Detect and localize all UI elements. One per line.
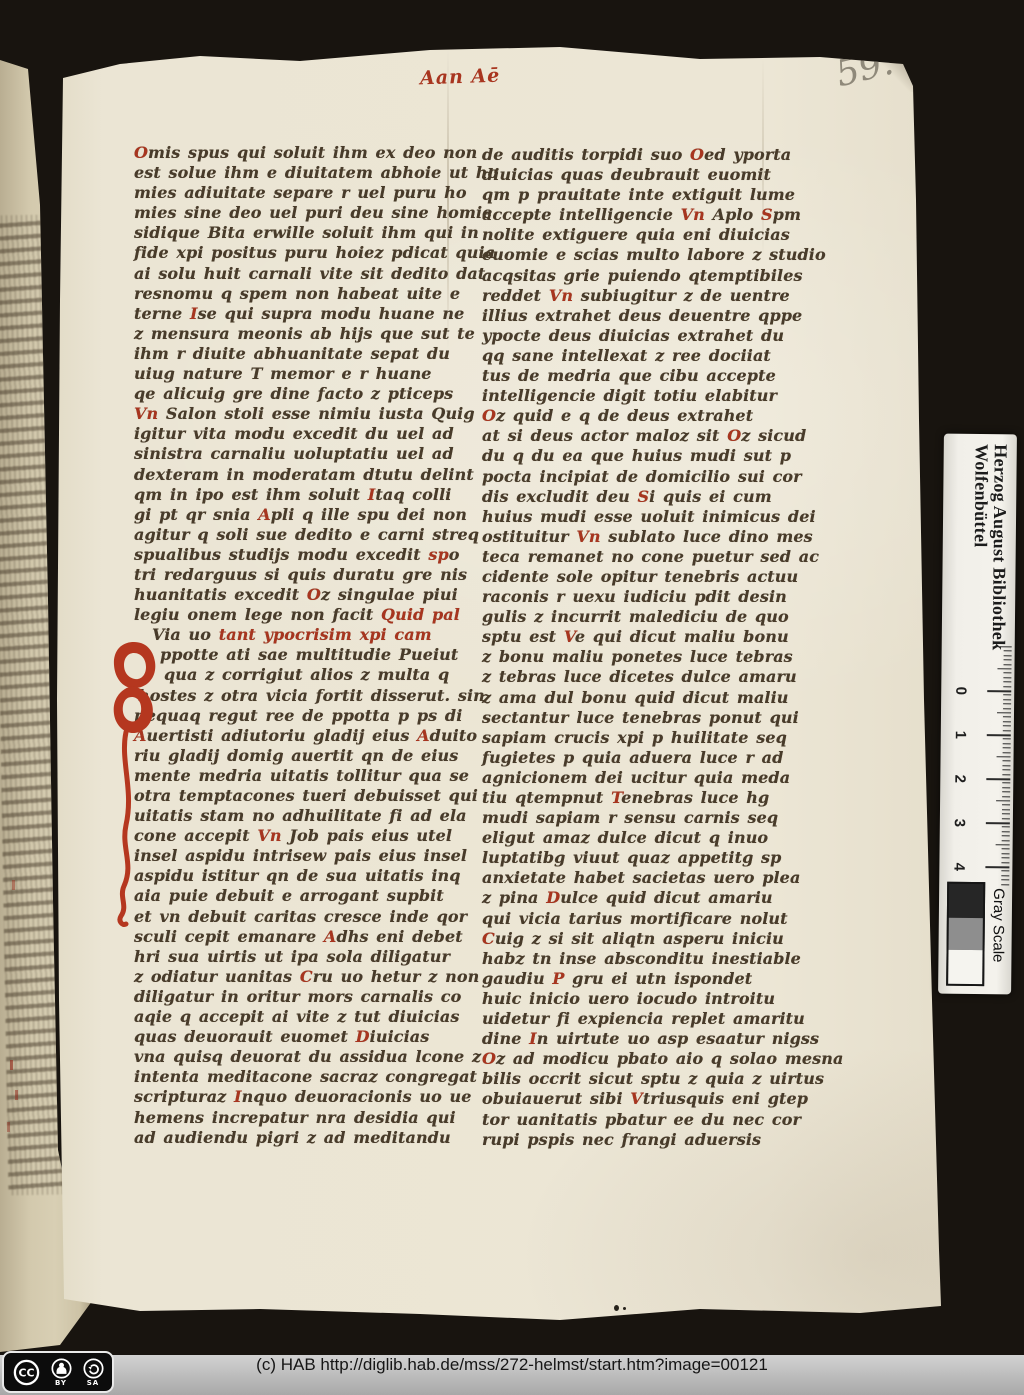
ruler-tick [1002,805,1010,806]
ruler-tick [996,800,1010,801]
ruler-tick [1002,796,1010,797]
ruler-tick [1001,875,1009,876]
ruler-tick [997,712,1011,713]
ruler-tick [1003,721,1011,722]
manuscript-line: ad audiendu pigri z ad meditandu [134,1128,479,1148]
manuscript-line: Omis spus qui soluit ihm ex deo non [134,143,479,163]
facing-page-rubric-specks [10,1060,13,1070]
manuscript-line: qe alicuig gre dine facto z pticeps [134,384,479,404]
svg-text:CC: CC [18,1366,34,1379]
manuscript-line: Cuig z si sit aliqtn asperu iniciu [482,929,827,949]
ruler-tick [1001,857,1009,858]
share-alike-arrow-icon [83,1358,104,1379]
manuscript-line: raconis r uexu iudiciu pdit desin [482,587,827,607]
ink-spot [614,1305,619,1311]
ruler-tick [1002,769,1010,770]
manuscript-line: insel aspidu intrisew pais eius insel [134,846,479,866]
license-badge-label: SA [87,1379,99,1387]
manuscript-line: tiu qtempnut Tenebras luce hg [482,788,827,808]
ruler-unit-label: 0 [953,683,969,699]
manuscript-line: resnomu q spem non habeat uite e [134,284,479,304]
manuscript-line: mies sine deo uel puri deu sine homie [134,203,479,223]
manuscript-line: eligut amaz dulce dicut q inuo [482,828,827,848]
manuscript-line: euomie e scias multo labore z studio [482,245,827,265]
manuscript-line: uiug nature T memor e r huane [134,364,479,384]
cc-logo-icon: CC [13,1359,40,1386]
attribution-person-icon [51,1358,72,1379]
manuscript-line: Oz ad modicu pbato aio q solao mesna [482,1049,827,1069]
manuscript-page: Aan Aē lviij 59. Omis spus qui soluit ih… [0,0,1024,1395]
manuscript-line: huic inicio uero iocudo introitu [482,989,827,1009]
manuscript-line: quas deuorauit euomet Diuicias [134,1027,479,1047]
manuscript-line: Via uo tant ypocrisim xpi cam [152,625,479,645]
grayscale-label: Gray Scale [989,888,1007,962]
manuscript-line: diuicias quas deubrauit euomit [482,165,827,185]
license-by-badge: BY [51,1358,72,1387]
manuscript-line: qm p prauitate inte extiguit lume [482,185,827,205]
manuscript-line: sculi cepit emanare Adhs eni debet [134,927,479,947]
manuscript-line: vna quisq deuorat du assidua lcone z [134,1047,479,1067]
manuscript-line: de auditis torpidi suo Oed yporta [482,145,827,165]
ruler-tick [1004,664,1012,665]
manuscript-line: z odiatur uanitas Cru uo hetur z non [134,967,479,987]
manuscript-line: ai solu huit carnali vite sit dedito dat [134,264,479,284]
copyright-text: (c) HAB http://diglib.hab.de/mss/272-hel… [0,1355,1024,1375]
manuscript-line: qm in ipo est ihm soluit Itaq colli [134,485,479,505]
ruler-tick [1003,717,1011,718]
grayscale-ruler-strip: Herzog August Bibliothek Wolfenbüttel 01… [938,434,1017,995]
license-sa-badge: SA [83,1358,104,1387]
ruler-unit-label: 1 [953,727,969,743]
manuscript-line: Vn Salon stoli esse nimiu iusta Quig [134,404,479,424]
ruler-tick [1003,677,1011,678]
ruler-tick [987,734,1011,736]
manuscript-line: riu gladij domig auertit qn de eius [134,746,479,766]
creative-commons-badge: CCBYSA [2,1351,114,1393]
manuscript-line: hemens increpatur nra desidia qui [134,1108,479,1128]
manuscript-line: gulis z incurrit malediciu de quo [482,607,827,627]
manuscript-line: aqie q accepit ai vite z tut diuicias [134,1007,479,1027]
ruler-tick [1002,840,1010,841]
running-title-rubric: Aan Aē [420,65,501,90]
manuscript-line: sapiam crucis xpi p huilitate seq [482,728,827,748]
manuscript-line: intelligencie digit totiu elabitur [482,386,827,406]
folio-number-pencil: 59. [832,42,897,96]
manuscript-line: z mensura meonis ab hijs que sut te [134,324,479,344]
ruler-tick [1003,752,1011,753]
grayscale-swatch [949,884,983,918]
ruler-tick [1002,853,1010,854]
manuscript-line: tus de medria que cibu accepte [482,366,827,386]
manuscript-line: fide xpi positus puru hoiez pdicat quia [134,243,479,263]
manuscript-line: agitur q soli sue dedito e carni streq [134,525,479,545]
manuscript-line: spualibus studijs modu excedit spo [134,545,479,565]
ruler-tick [997,668,1011,669]
ruler-tick [1002,809,1010,810]
manuscript-line: z tebras luce dicetes dulce amaru [482,667,827,687]
ruler-tick [1001,871,1009,872]
manuscript-line: et vn debuit caritas cresce inde qor [134,907,479,927]
manuscript-line: Auertisti adiutoriu gladij eius Aduito [134,726,479,746]
manuscript-line: aia puie debuit e arrogant supbit [134,886,479,906]
grayscale-swatches [946,882,985,986]
manuscript-line: sectantur luce tenebras ponut qui [482,708,827,728]
ruler-tick [1003,673,1011,674]
manuscript-line: intenta meditacone sacraz congregat [134,1067,479,1087]
ruler-tick [1002,787,1010,788]
ruler-tick [1002,831,1010,832]
manuscript-line: uitatis stam no adhuilitate fi ad ela [134,806,479,826]
ruler-tick [1002,813,1010,814]
manuscript-line: illius extrahet deus deuentre qppe [482,306,827,326]
manuscript-line: dine In uirtute uo asp esaatur nigss [482,1029,827,1049]
manuscript-line: qq sane intellexat z ree dociiat [482,346,827,366]
ruler-tick [1004,651,1012,652]
manuscript-line: fugietes p quia aduera luce r ad [482,748,827,768]
manuscript-line: accepte intelligencie Vn Aplo Spm [482,205,827,225]
ruler-tick [1003,730,1011,731]
manuscript-line: obuiauerut sibi Vtriusquis eni gtep [482,1089,827,1109]
ruler-tick [1003,681,1011,682]
manuscript-line: ypocte deus diuicias extrahet du [482,326,827,346]
manuscript-line: at si deus actor maloz sit Oz sicud [482,426,827,446]
manuscript-line: huius mudi esse uoluit inimicus dei [482,507,827,527]
manuscript-line: du q du ea que huius mudi sut p [482,446,827,466]
ruler-tick [1001,884,1009,885]
copyright-bar: (c) HAB http://diglib.hab.de/mss/272-hel… [0,1355,1024,1395]
manuscript-line: sptu est Ve qui dicut maliu bonu [482,627,827,647]
ruler-tick [1003,686,1011,687]
manuscript-line: est solue ihm e diuitatem abhoie ut ho [134,163,479,183]
ruler-tick [1003,761,1011,762]
manuscript-line: mente medria uitatis tollitur qua se [134,766,479,786]
manuscript-line: z ama dul bonu quid dicut maliu [482,688,827,708]
ruler-tick [1003,699,1011,700]
ruler-unit-label: 2 [952,771,968,787]
ruler-tick [1002,827,1010,828]
manuscript-line: gi pt qr snia Apli q ille spu dei non [134,505,479,525]
ruler-tick [986,822,1010,824]
ruler-tick [1001,879,1009,880]
ruler-tick [1002,791,1010,792]
manuscript-line: z pina Dulce quid dicut amariu [482,888,827,908]
manuscript-line: hri sua uirtis ut ipa sola diligatur [134,947,479,967]
ruler-tick [986,778,1010,780]
manuscript-line: qui vicia tarius mortificare nolut [482,909,827,929]
ruler-tick [1003,739,1011,740]
ruler-tick [1004,659,1012,660]
license-badge-label: BY [55,1379,67,1387]
ruler-tick [1002,849,1010,850]
ruler-tick [1002,765,1010,766]
manuscript-line: dexteram in moderatam dtutu delint [134,465,479,485]
manuscript-line: cone accepit Vn Job pais eius utel [134,826,479,846]
manuscript-line: dis excludit deu Si quis ei cum [482,487,827,507]
grayscale-swatch [948,950,982,984]
manuscript-line: nequaq regut ree de ppotta p ps di [134,706,479,726]
ruler-tick [1003,743,1011,744]
manuscript-line: reddet Vn subiugitur z de uentre [482,286,827,306]
ruler-tick [1004,655,1012,656]
folio-number-ink: lviij [854,34,892,53]
ruler-tick [1002,818,1010,819]
manuscript-line: igitur vita modu excedit du uel ad [134,424,479,444]
manuscript-line: qua z corrigiut alios z multa q [164,665,479,685]
manuscript-line: diligatur in oritur mors carnalis co [134,987,479,1007]
manuscript-line: teca remanet no cone puetur sed ac [482,547,827,567]
manuscript-line: sidique Bita erwille soluit ihm qui in [134,223,479,243]
manuscript-line: agnicionem dei ucitur quia meda [482,768,827,788]
ruler-tick [1003,725,1011,726]
manuscript-line: acqsitas grie puiendo qtemptibiles [482,266,827,286]
manuscript-line: anxietate habet sacietas uero plea [482,868,827,888]
ruler-tick [997,756,1011,757]
manuscript-line: otra temptacones tueri debuisset qui [134,786,479,806]
manuscript-line: ppotte ati sae multitudie Pueiut [160,645,479,665]
license-cc-badge: CC [13,1359,40,1386]
ruler-tick [1001,862,1009,863]
manuscript-line: hostes z otra vicia fortit disserut. sin [138,686,479,706]
ink-spot [623,1307,626,1310]
manuscript-line: legiu onem lege non facit Quid pal [134,605,479,625]
ruler-tick [998,646,1012,647]
manuscript-line: bilis occrit sicut sptu z quia z uirtus [482,1069,827,1089]
manuscript-line: pocta incipiat de domicilio sui cor [482,467,827,487]
ruler-tick [1002,774,1010,775]
ruler-tick [1003,747,1011,748]
ruler-tick [1002,835,1010,836]
manuscript-line: rupi pspis nec frangi aduersis [482,1130,827,1150]
ruler-tick [1002,783,1010,784]
manuscript-line: nolite extiguere quia eni diuicias [482,225,827,245]
text-column-right: de auditis torpidi suo Oed yportadiuicia… [482,145,827,1150]
manuscript-line: ihm r diuite abhuanitate sepat du [134,344,479,364]
manuscript-line: tri redarguus si quis duratu gre nis [134,565,479,585]
ruler-tick [987,690,1011,692]
ruler-tick [985,866,1009,868]
ruler-unit-label: 4 [951,859,967,875]
manuscript-line: Oz quid e q de deus extrahet [482,406,827,426]
manuscript-line: aspidu istitur qn de sua uitatis inq [134,866,479,886]
ruler-unit-label: 3 [952,815,968,831]
manuscript-line: cidente sole opitur tenebris actuu [482,567,827,587]
ruler-tick [1003,695,1011,696]
manuscript-line: gaudiu P gru ei utn ispondet [482,969,827,989]
ruler-tick [996,844,1010,845]
manuscript-line: tor uanitatis pbatur ee du nec cor [482,1110,827,1130]
manuscript-line: habz tn inse absconditu inestiable [482,949,827,969]
manuscript-line: uidetur fi expiencia replet amaritu [482,1009,827,1029]
manuscript-line: ostituitur Vn sublato luce dino mes [482,527,827,547]
manuscript-line: mies adiuitate separe r uel puru ho [134,183,479,203]
manuscript-line: sinistra carnaliu uoluptatiu uel ad [134,444,479,464]
ruler-tick [1003,708,1011,709]
grayscale-swatch [949,918,983,950]
manuscript-line: z bonu maliu ponetes luce tebras [482,647,827,667]
facing-page-text-blur [0,215,67,1196]
illuminated-initial [108,640,162,930]
manuscript-line: huanitatis excedit Oz singulae piui [134,585,479,605]
ruler-tick [1003,703,1011,704]
manuscript-line: scripturaz Inquo deuoracionis uo ue [134,1087,479,1107]
manuscript-line: terne Ise qui supra modu huane ne [134,304,479,324]
manuscript-line: mudi sapiam r sensu carnis seq [482,808,827,828]
text-column-left: Omis spus qui soluit ihm ex deo nonest s… [134,143,479,1148]
manuscript-line: luptatibg viuut quaz appetitg sp [482,848,827,868]
